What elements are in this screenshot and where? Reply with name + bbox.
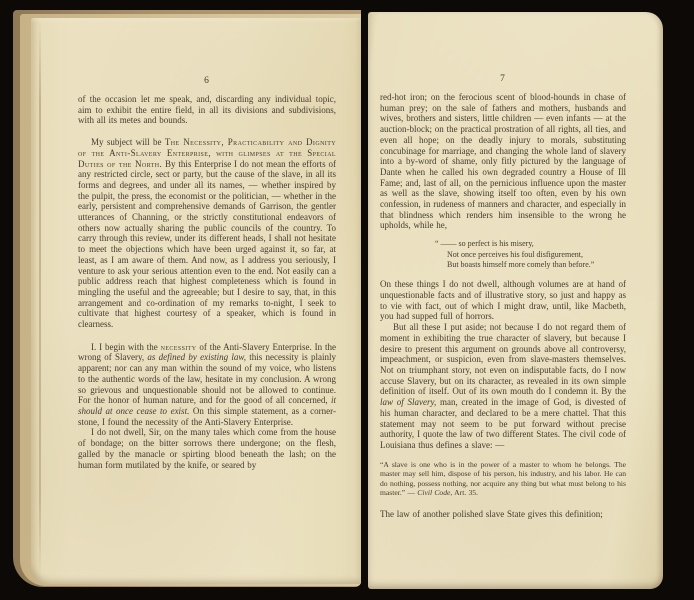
paragraph-dwell: On these things I do not dwell, although… bbox=[380, 279, 626, 322]
closing-line: The law of another polished slave State … bbox=[380, 509, 626, 520]
paragraph-continuation: red-hot iron; on the ferocious scent of … bbox=[380, 92, 626, 231]
right-page: 7 red-hot iron; on the ferocious scent o… bbox=[368, 12, 663, 589]
right-page-text-block: red-hot iron; on the ferocious scent of … bbox=[380, 92, 626, 520]
verse-line: But boasts himself more comely than befo… bbox=[447, 260, 626, 270]
verse-line: Not once perceives his foul disfiguremen… bbox=[447, 250, 626, 260]
paragraph-continuation: of the occasion let me speak, and, disca… bbox=[78, 94, 336, 126]
verse-line: “ —— so perfect is his misery, bbox=[435, 239, 626, 249]
right-page-number: 7 bbox=[380, 74, 626, 84]
paragraph-subject: My subject will be The Necessity, Practi… bbox=[78, 137, 336, 330]
left-page: 6 of the occasion let me speak, and, dis… bbox=[31, 18, 361, 584]
left-page-number: 6 bbox=[78, 76, 336, 86]
legal-citation: “A slave is one who is in the power of a… bbox=[380, 460, 626, 498]
paragraph-necessity: I. I begin with the necessity of the Ant… bbox=[78, 342, 336, 428]
paragraph-aside: But all these I put aside; not because I… bbox=[380, 322, 626, 450]
paragraph-tales: I do not dwell, Sir, on the many tales w… bbox=[78, 427, 336, 470]
verse-quote: “ —— so perfect is his misery, Not once … bbox=[435, 239, 626, 270]
left-page-text-block: of the occasion let me speak, and, disca… bbox=[78, 94, 336, 470]
book-scan-photo: 6 of the occasion let me speak, and, dis… bbox=[0, 0, 694, 600]
